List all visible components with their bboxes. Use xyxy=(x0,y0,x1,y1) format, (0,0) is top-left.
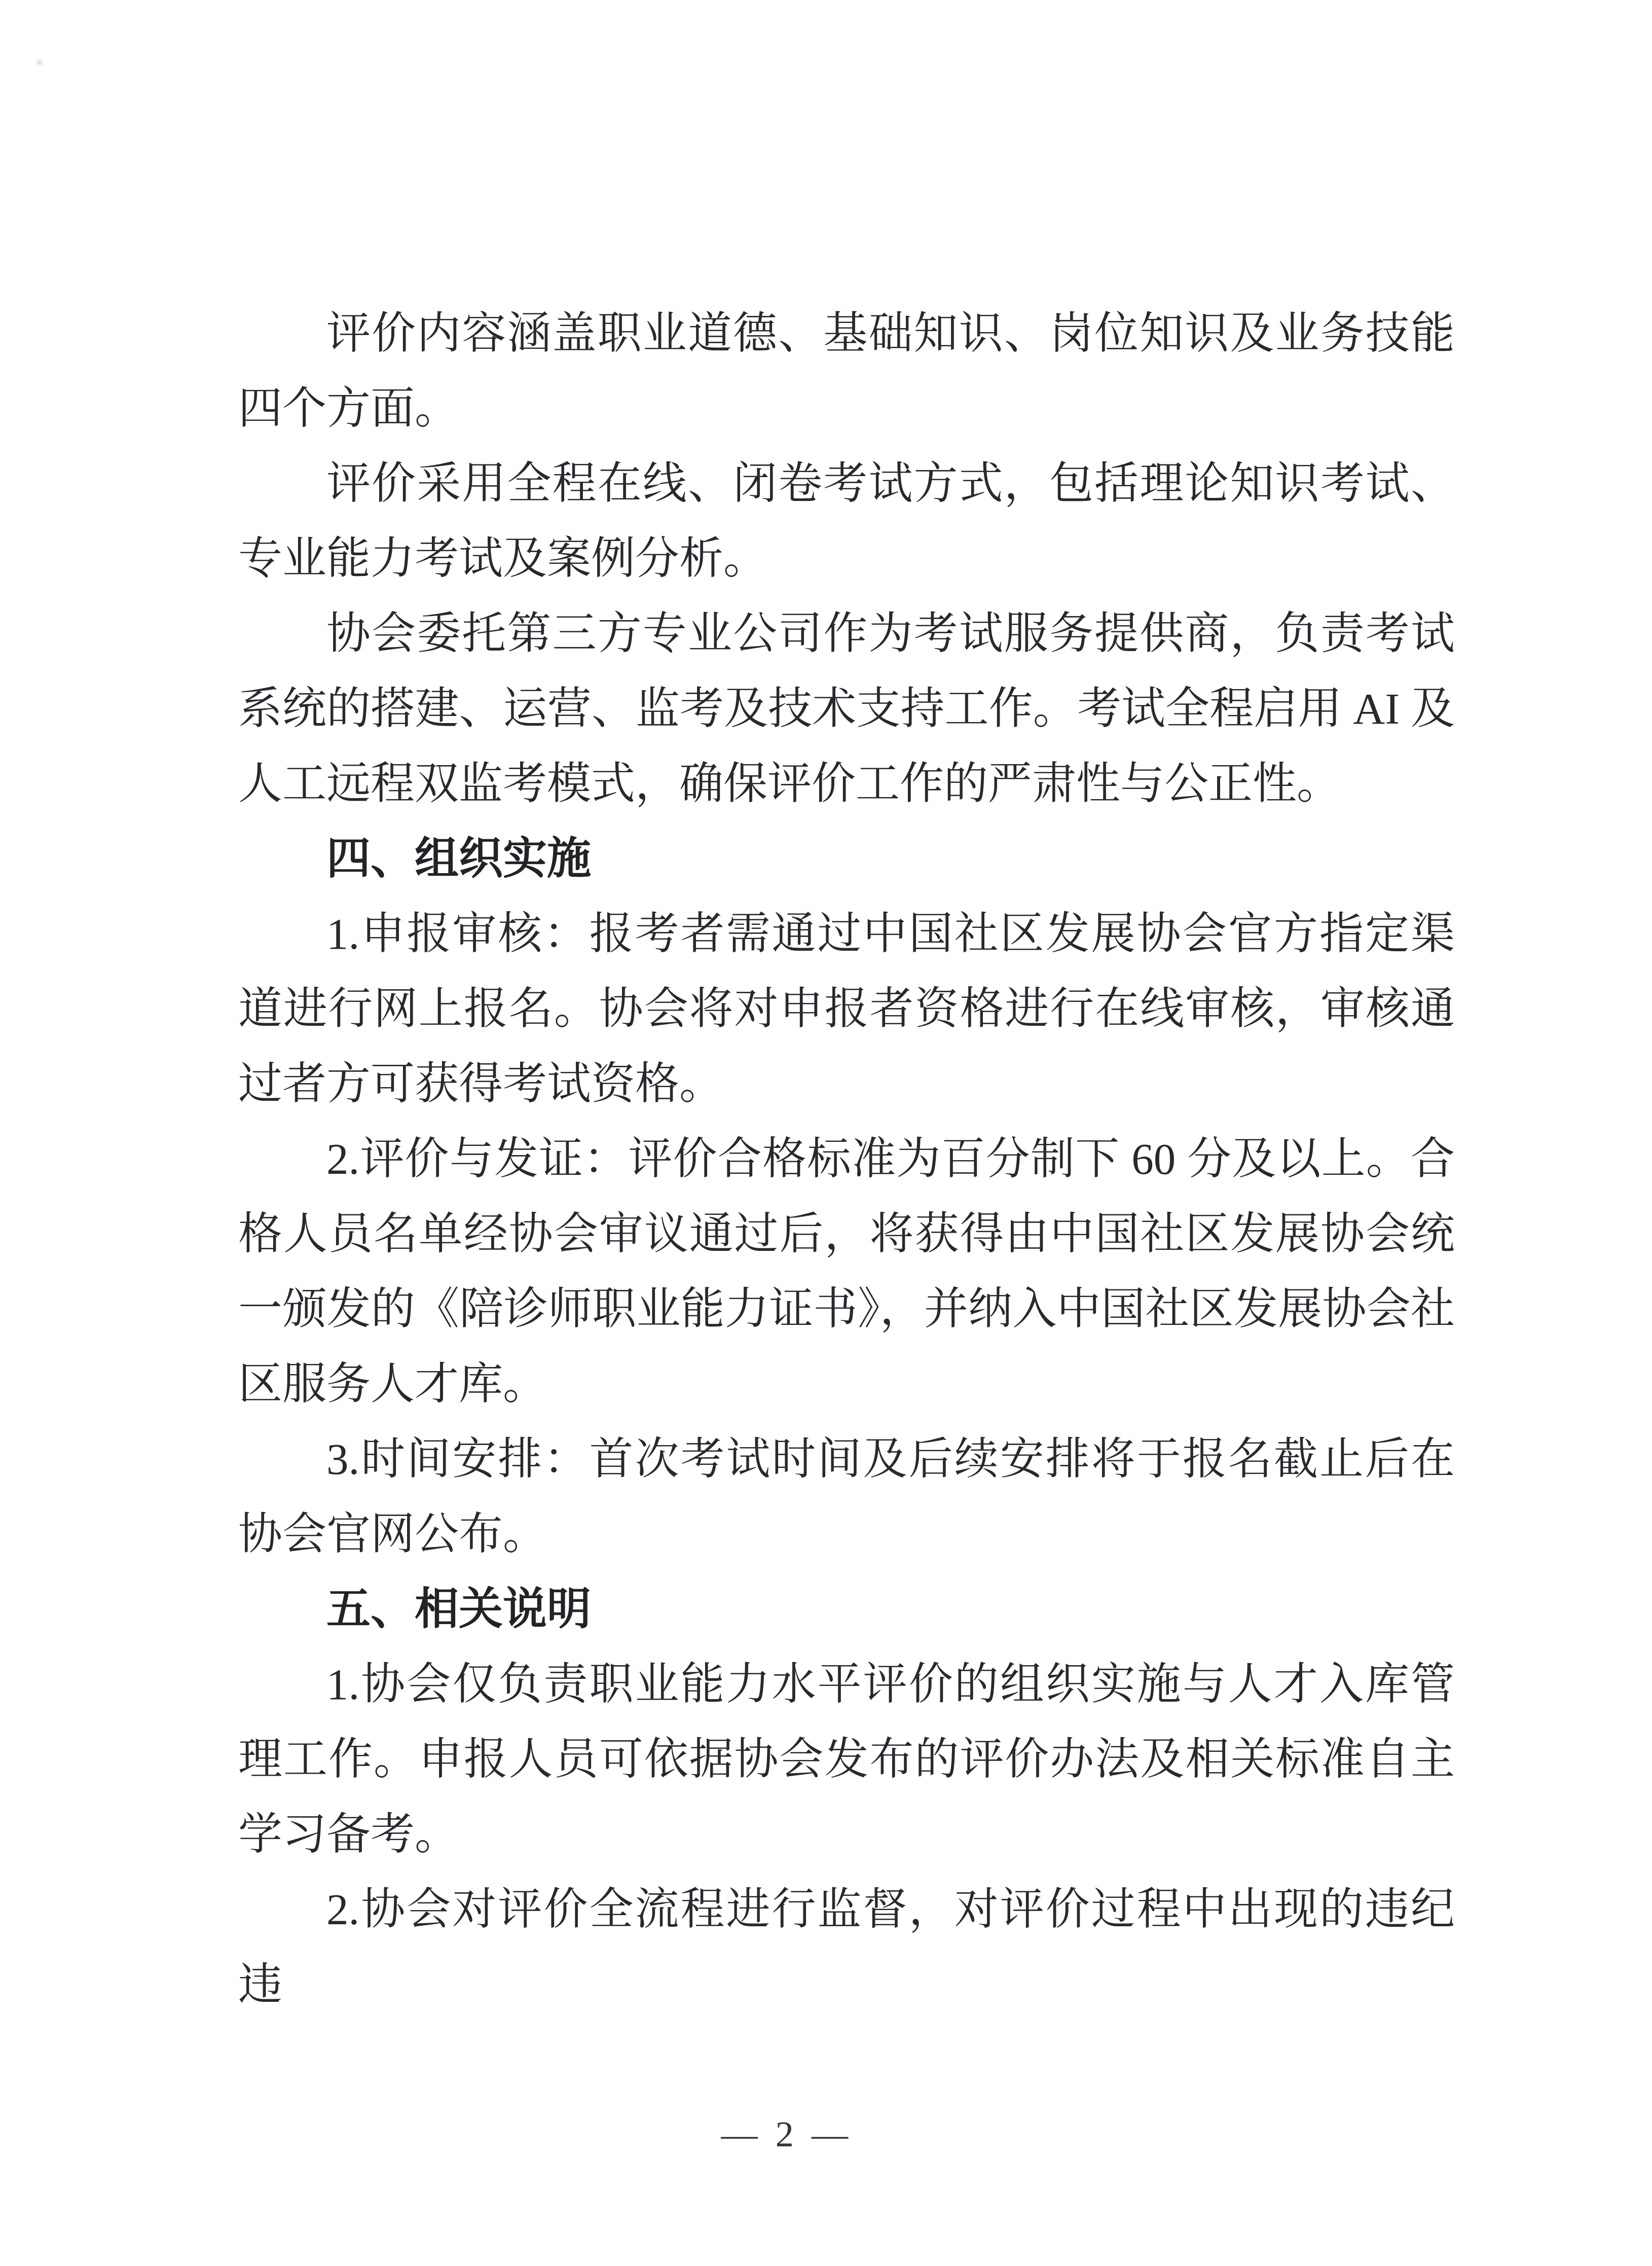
paragraph: 评价内容涵盖职业道德、基础知识、岗位知识及业务技能四个方面。 xyxy=(238,296,1455,446)
paragraph: 1.协会仅负责职业能力水平评价的组织实施与人才入库管理工作。申报人员可依据协会发… xyxy=(238,1647,1455,1872)
paragraph: 2.协会对评价全流程进行监督，对评价过程中出现的违纪违 xyxy=(238,1872,1455,2022)
section-heading: 五、相关说明 xyxy=(238,1572,1455,1647)
paragraph: 协会委托第三方专业公司作为考试服务提供商，负责考试系统的搭建、运营、监考及技术支… xyxy=(238,596,1455,821)
section-heading: 四、组织实施 xyxy=(238,821,1455,896)
paragraph: 1.申报审核：报考者需通过中国社区发展协会官方指定渠道进行网上报名。协会将对申报… xyxy=(238,896,1455,1122)
page-number: — 2 — xyxy=(685,2113,888,2155)
scan-speck xyxy=(36,59,43,65)
paragraph: 3.时间安排：首次考试时间及后续安排将于报名截止后在协会官网公布。 xyxy=(238,1422,1455,1572)
paragraph: 2.评价与发证：评价合格标准为百分制下 60 分及以上。合格人员名单经协会审议通… xyxy=(238,1122,1455,1422)
document-page: 评价内容涵盖职业道德、基础知识、岗位知识及业务技能四个方面。评价采用全程在线、闭… xyxy=(0,0,1652,2266)
document-body: 评价内容涵盖职业道德、基础知识、岗位知识及业务技能四个方面。评价采用全程在线、闭… xyxy=(238,296,1455,2022)
paragraph: 评价采用全程在线、闭卷考试方式，包括理论知识考试、专业能力考试及案例分析。 xyxy=(238,446,1455,596)
